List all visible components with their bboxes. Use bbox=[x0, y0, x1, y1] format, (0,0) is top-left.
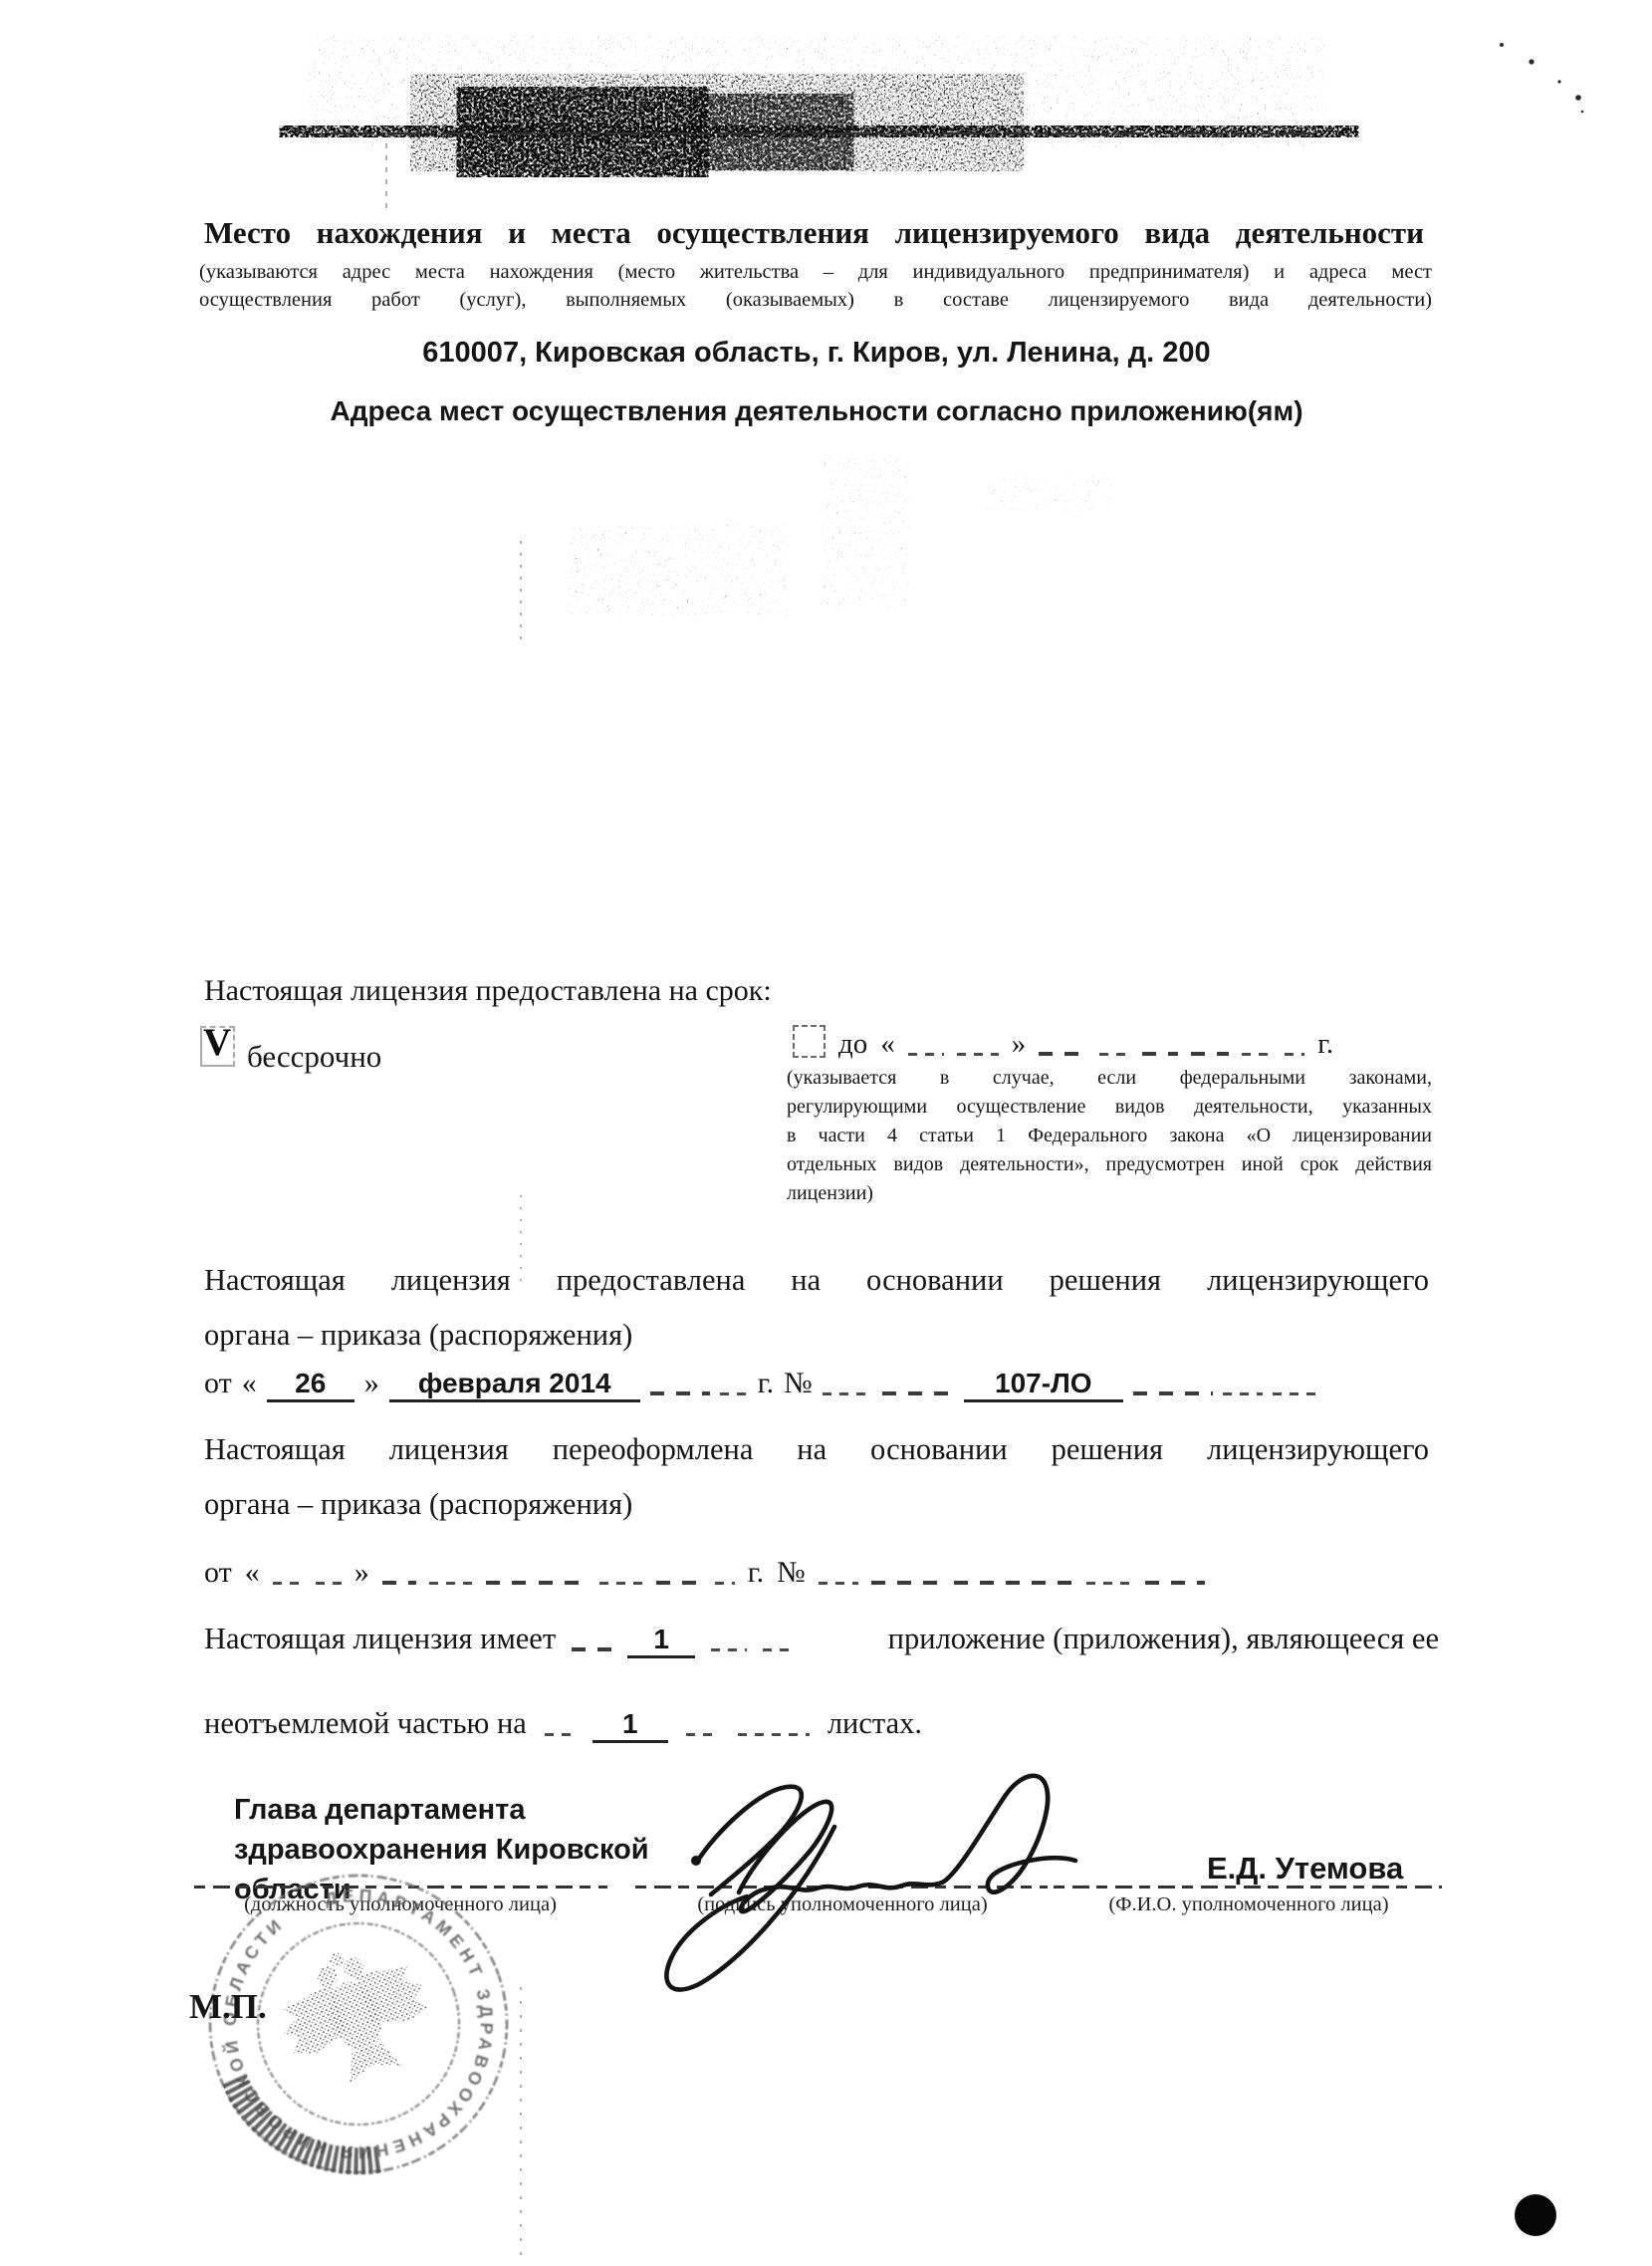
section-subtitle-line2: осуществления работ (услуг), выполняемых… bbox=[199, 289, 1432, 312]
reissue-text-line1: Настоящая лицензия переоформлена на осно… bbox=[204, 1432, 1429, 1467]
annex-suffix2: листах. bbox=[827, 1706, 922, 1741]
order-month-year-value: февраля 2014 bbox=[389, 1368, 640, 1402]
signer-position-line1: Глава департамента bbox=[234, 1794, 525, 1827]
blank-underline bbox=[656, 1581, 702, 1585]
grant-order-row: от « 26 » февраля 2014 г. № 107-ЛО bbox=[204, 1367, 1439, 1402]
blank-underline bbox=[957, 1053, 999, 1056]
signer-position-line2: здравоохранения Кировской bbox=[234, 1834, 649, 1867]
blank-underline bbox=[1133, 1391, 1213, 1395]
blank-underline bbox=[823, 1392, 872, 1395]
close-quote: » bbox=[364, 1367, 379, 1400]
blank-underline bbox=[711, 1648, 747, 1651]
term-note: (указывается в случае, если федеральными… bbox=[787, 1064, 1432, 1208]
scan-speckles bbox=[1500, 43, 1583, 113]
term-note-line: в части 4 статьи 1 Федерального закона «… bbox=[787, 1122, 1432, 1150]
annex-sheets-value: 1 bbox=[592, 1708, 668, 1743]
order-day-value: 26 bbox=[267, 1368, 354, 1402]
signature-line-sign bbox=[635, 1886, 1048, 1888]
term-note-line: регулирующими осуществление видов деятел… bbox=[787, 1093, 1432, 1122]
annex-suffix: приложение (приложения), являющееся ее bbox=[805, 1622, 1439, 1656]
reissue-order-row: от « » г. № bbox=[204, 1556, 1439, 1590]
grant-text-line2: органа – приказа (распоряжения) bbox=[204, 1318, 632, 1353]
hole-punch-dot bbox=[1515, 2194, 1556, 2236]
blank-underline bbox=[429, 1582, 473, 1585]
until-checkbox bbox=[793, 1025, 826, 1058]
signer-name: Е.Д. Утемова bbox=[1207, 1851, 1403, 1887]
annex-count-value: 1 bbox=[627, 1624, 695, 1658]
caption-position: (должность уполномоченного лица) bbox=[191, 1893, 609, 1916]
year-suffix: г. bbox=[748, 1556, 764, 1590]
blank-underline bbox=[763, 1648, 789, 1651]
blank-underline bbox=[1242, 1053, 1272, 1056]
annex-prefix: Настоящая лицензия имеет bbox=[204, 1622, 556, 1656]
blank-underline bbox=[1039, 1052, 1086, 1056]
license-address-note: Адреса мест осуществления деятельности с… bbox=[204, 395, 1429, 427]
signature-line-name bbox=[1054, 1886, 1442, 1888]
perpetual-label: бессрочно bbox=[247, 1039, 381, 1075]
blank-underline bbox=[720, 1392, 748, 1395]
perpetual-checkbox: V bbox=[200, 1026, 235, 1067]
section-subtitle-line1: (указываются адрес места нахождения (мес… bbox=[199, 261, 1432, 284]
term-note-line: лицензии) bbox=[787, 1179, 1432, 1208]
blank-underline bbox=[572, 1647, 611, 1651]
blank-underline bbox=[819, 1582, 858, 1585]
fold-line-artifact bbox=[386, 131, 521, 2259]
blank-underline bbox=[1285, 1053, 1304, 1056]
open-quote: « bbox=[245, 1556, 260, 1590]
blank-underline bbox=[954, 1581, 1073, 1585]
blank-underline bbox=[382, 1581, 416, 1585]
term-section-label: Настоящая лицензия предоставлена на срок… bbox=[204, 974, 772, 1008]
blank-underline bbox=[273, 1582, 303, 1585]
blank-underline bbox=[1086, 1582, 1132, 1585]
annex-prefix2: неотъемлемой частью на bbox=[204, 1706, 527, 1741]
reissue-text-line2: органа – приказа (распоряжения) bbox=[204, 1487, 632, 1522]
open-quote: « bbox=[880, 1028, 895, 1061]
blank-underline bbox=[686, 1733, 720, 1736]
number-sign: № bbox=[784, 1367, 813, 1400]
perpetual-term-row: V бессрочно bbox=[200, 1026, 381, 1075]
blank-underline bbox=[1145, 1581, 1205, 1585]
blank-underline bbox=[882, 1391, 954, 1395]
from-label: от bbox=[204, 1367, 232, 1400]
blank-underline bbox=[316, 1582, 342, 1585]
term-note-line: (указывается в случае, если федеральными… bbox=[787, 1064, 1432, 1093]
blank-underline bbox=[1191, 1052, 1229, 1056]
blank-underline bbox=[1273, 1392, 1322, 1395]
blank-underline bbox=[908, 1053, 944, 1056]
close-quote: » bbox=[354, 1556, 369, 1590]
until-date-row: до « » г. bbox=[793, 1020, 1438, 1061]
order-number-value: 107-ЛО bbox=[964, 1368, 1123, 1402]
blank-underline bbox=[599, 1582, 643, 1585]
blank-underline bbox=[486, 1581, 526, 1585]
close-quote: » bbox=[1012, 1028, 1027, 1061]
caption-signature: (подпись уполномоченного лица) bbox=[633, 1893, 1052, 1916]
eagle-emblem bbox=[265, 1929, 446, 2099]
blank-underline bbox=[539, 1581, 587, 1585]
scan-noise-band bbox=[329, 52, 1312, 164]
signature-line-position bbox=[194, 1886, 607, 1888]
checkmark-icon: V bbox=[203, 1020, 231, 1065]
license-address: 610007, Кировская область, г. Киров, ул.… bbox=[204, 337, 1429, 370]
scan-smudges bbox=[586, 476, 1102, 602]
caption-name: (Ф.И.О. уполномоченного лица) bbox=[1040, 1893, 1458, 1916]
year-suffix: г. bbox=[758, 1367, 774, 1400]
number-sign: № bbox=[777, 1556, 806, 1590]
section-title: Место нахождения и места осуществления л… bbox=[204, 215, 1424, 251]
license-document-page: Место нахождения и места осуществления л… bbox=[0, 0, 1652, 2266]
blank-underline bbox=[871, 1581, 941, 1585]
blank-underline bbox=[1142, 1052, 1178, 1056]
annex-row2: неотъемлемой частью на 1 листах. bbox=[204, 1706, 922, 1743]
blank-underline bbox=[715, 1582, 735, 1585]
signature-scribble bbox=[666, 1776, 1075, 1990]
grant-text-line1: Настоящая лицензия предоставлена на осно… bbox=[204, 1263, 1429, 1298]
year-suffix: г. bbox=[1317, 1028, 1333, 1061]
blank-underline bbox=[1099, 1053, 1129, 1056]
annex-row1: Настоящая лицензия имеет 1 приложение (п… bbox=[204, 1622, 1439, 1658]
blank-underline bbox=[1223, 1392, 1263, 1395]
blank-underline bbox=[650, 1391, 710, 1395]
until-label: до bbox=[838, 1028, 867, 1061]
open-quote: « bbox=[242, 1367, 257, 1400]
blank-underline bbox=[545, 1733, 575, 1736]
from-label: от bbox=[204, 1556, 232, 1590]
seal-place-mark: М.П. bbox=[189, 1987, 267, 2027]
blank-underline bbox=[738, 1733, 810, 1736]
term-note-line: отдельных видов деятельности», предусмот… bbox=[787, 1150, 1432, 1179]
